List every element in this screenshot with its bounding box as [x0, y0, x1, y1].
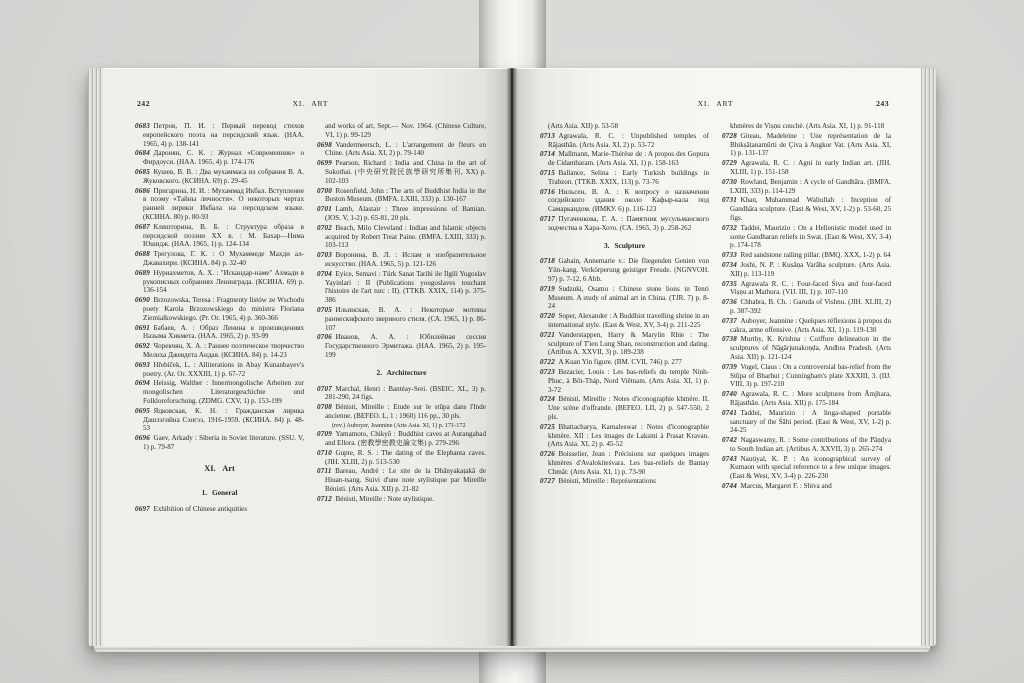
bibliography-block: 0737Auboyer, Jeannine : Quelques réflexi…: [722, 317, 891, 335]
book-spread: 242 XI. ART 0683Петров, П. И. : Первый п…: [88, 68, 936, 646]
entry-text: Nautiyal, K. P. : An iconographical surv…: [730, 455, 891, 481]
bibliography-block: 0683Петров, П. И. : Первый перевод стихо…: [135, 122, 304, 148]
entry-text: Red sandstone railing pillar. (BMQ. XXX,…: [741, 251, 891, 259]
running-head: XI. ART: [135, 99, 486, 108]
bibliography-block: 0733Red sandstone railing pillar. (BMQ. …: [722, 251, 891, 260]
entry-text: Rowland, Benjamin : A cycle of Gandhāra.…: [730, 178, 891, 195]
bibliography-block: 0734Joshi, N. P. : Kuṣāṇa Varāha sculptu…: [722, 261, 891, 279]
bibliography-block: 0721Vanderstappen, Harry & Marylin Rhie …: [540, 331, 709, 357]
entry-number: 0698: [317, 141, 332, 149]
entry-number: 0742: [722, 436, 737, 444]
entry-text: Bezacier, Louis : Les bas-reliefs du tem…: [548, 368, 709, 394]
right-page-column-2: khmères de Viṣṇu couché. (Arts Asia. XI,…: [722, 122, 891, 492]
entry-number: 0693: [135, 361, 150, 369]
page-number: 242: [137, 99, 150, 108]
bibliography-block: 0716Нильсен, В. А. : К вопросу о назначе…: [540, 188, 709, 214]
entry-number: 0715: [540, 169, 555, 177]
entry-number: 0736: [722, 298, 737, 306]
bibliography-block: 0738Murthy, K. Krishna : Coiffure deline…: [722, 335, 891, 361]
bibliography-block: 0703Воронина, В. Л. : Ислам и изобразите…: [317, 251, 486, 269]
entry-number: 0704: [317, 270, 332, 278]
entry-text: Ballance, Selina : Early Turkish buildin…: [548, 169, 709, 186]
bibliography-block: 0739Vogel, Claus : On a controversial ba…: [722, 363, 891, 389]
entry-number: 0720: [540, 312, 555, 320]
entry-text: Bénisti, Mireille : Note stylistique.: [336, 495, 435, 503]
entry-number: 0710: [317, 449, 332, 457]
bibliography-block: 0732Taddei, Maurizio : On a Hellenistic …: [722, 224, 891, 250]
entry-text: Beach, Milo Cleveland : Indian and Islam…: [325, 224, 486, 250]
bibliography-block: 0723Bezacier, Louis : Les bas-reliefs du…: [540, 368, 709, 394]
bibliography-block: (Arts Asia. XII) p. 53-58: [540, 122, 709, 131]
bibliography-block: 0709Yamamoto, Chikyō : Buddhist caves at…: [317, 430, 486, 448]
entry-number: 0744: [722, 482, 737, 490]
entry-number: 0696: [135, 434, 150, 442]
entry-text: Нуриахметов, А. Х. : "Искандар-наме" Ахм…: [143, 269, 304, 295]
entry-text: Bénisti, Mireille : Etude sur le stūpa d…: [325, 403, 486, 420]
entry-text: and works of art, Sept.— Nov. 1964. (Chi…: [325, 122, 486, 139]
entry-text: Gabain, Annemarie v.: Die fliegenden Gen…: [548, 257, 709, 283]
entry-number: 0732: [722, 224, 737, 232]
entry-text: Soper, Alexander : A Buddhist travelling…: [548, 312, 709, 329]
entry-text: Петров, П. И. : Первый перевод стихов ев…: [143, 122, 304, 148]
bibliography-block: 0710Gupte, R. S. : The dating of the Ele…: [317, 449, 486, 467]
bibliography-block: 0743Nautiyal, K. P. : An iconographical …: [722, 455, 891, 481]
bibliography-block: 0688Трегулова, Г. К. : О Мухаммеде Махди…: [135, 250, 304, 268]
entry-text: Ильинская, В. А. : Некоторые мотивы ранн…: [325, 306, 486, 332]
bibliography-block: 0717Пугаченкова, Г. А. : Памятник мусуль…: [540, 215, 709, 233]
bibliography-block: 0719Sudzuki, Osamu : Chinese stone lions…: [540, 285, 709, 311]
page-243: XI. ART 243 (Arts Asia. XII) p. 53-58 07…: [512, 68, 921, 646]
entry-number: 0683: [135, 122, 150, 130]
page-242: 242 XI. ART 0683Петров, П. И. : Первый п…: [103, 68, 512, 646]
bibliography-block: 0694Heissig, Walther : Innermongolische …: [135, 379, 304, 405]
entry-number: 0699: [317, 159, 332, 167]
entry-number: 0695: [135, 407, 150, 415]
entry-text: Чорекчян, Х. А. : Раннее поэтическое тво…: [143, 342, 304, 359]
bibliography-block: 0693Hřebíček, L. : Alliterations in Abay…: [135, 361, 304, 379]
bibliography-block: 0718Gabain, Annemarie v.: Die fliegenden…: [540, 257, 709, 283]
bibliography-block: 0731Khan, Muhammad Waliullah : Inception…: [722, 196, 891, 222]
bibliography-block: 0730Rowland, Benjamin : A cycle of Gandh…: [722, 178, 891, 196]
bibliography-block: 0712Bénisti, Mireille : Note stylistique…: [317, 495, 486, 504]
entry-number: 0726: [540, 450, 555, 458]
bibliography-block: 0711Bareau, André : Le site de la Dhānya…: [317, 467, 486, 493]
entry-text: Яцковская, К. Н. : Гражданская лирика Да…: [143, 407, 304, 433]
entry-text: Nagaswamy, R. : Some contributions of th…: [730, 436, 891, 453]
entry-number: 0690: [135, 296, 150, 304]
page-header-left: 242 XI. ART: [135, 99, 486, 111]
entry-text: Eyice, Semavi : Türk Sanat Tarihi ile İl…: [325, 270, 486, 304]
entry-number: 0685: [135, 168, 150, 176]
entry-number: 0687: [135, 223, 150, 231]
bibliography-block: 0742Nagaswamy, R. : Some contributions o…: [722, 436, 891, 454]
entry-text: Кушев, В. В. : Два мухаммаса из собрания…: [143, 168, 304, 185]
entry-number: 0724: [540, 395, 555, 403]
bibliography-block: 0736Chhabra, B. Ch. : Garuda of Vishnu. …: [722, 298, 891, 316]
entry-text: Chhabra, B. Ch. : Garuda of Vishnu. (JIH…: [730, 298, 891, 315]
entry-text: Agrawala, R. C. : Unpublished temples of…: [548, 132, 709, 149]
bibliography-block: 2. Architecture: [317, 361, 486, 384]
entry-text: Agrawala R. C. : Four-faced Śiva and fou…: [730, 280, 891, 297]
entry-text: Heissig, Walther : Innermongolische Arbe…: [143, 379, 304, 405]
entry-number: 0743: [722, 455, 737, 463]
entry-number: 0708: [317, 403, 332, 411]
photo-background: 242 XI. ART 0683Петров, П. И. : Первый п…: [0, 0, 1024, 683]
entry-text: Auboyer, Jeannine : Quelques réflexions …: [730, 317, 891, 334]
entry-text: Exhibition of Chinese antiquities: [154, 505, 248, 513]
bibliography-block: 0701Lamb, Alastair : Three impressions o…: [317, 205, 486, 223]
entry-text: Vogel, Claus : On a controversial bas-re…: [730, 363, 891, 389]
entry-text: Agrawala, R. C. : Agni in early Indian a…: [730, 159, 891, 176]
bibliography-block: 0722A Kuan Yin figure. (BM. CVII, 746) p…: [540, 358, 709, 367]
entry-number: 0733: [722, 251, 737, 259]
entry-number: 0741: [722, 409, 737, 417]
entry-number: 0714: [540, 150, 555, 158]
entry-number: 0717: [540, 215, 555, 223]
entry-text: Gupte, R. S. : The dating of the Elephan…: [325, 449, 486, 466]
entry-number: 0700: [317, 187, 332, 195]
bibliography-block: 0704Eyice, Semavi : Türk Sanat Tarihi il…: [317, 270, 486, 305]
bibliography-block: 0708Bénisti, Mireille : Etude sur le stū…: [317, 403, 486, 421]
entry-text: Пригарина, Н. И. : Мухаммад Икбал. Вступ…: [143, 187, 304, 221]
entry-number: 0694: [135, 379, 150, 387]
book-gutter: [506, 68, 518, 646]
entry-text: Gaev, Arkady : Siberia in Soviet literat…: [143, 434, 304, 451]
bibliography-block: khmères de Viṣṇu couché. (Arts Asia. XI,…: [722, 122, 891, 131]
entry-text: Lamb, Alastair : Three impressions of Ba…: [325, 205, 486, 222]
bibliography-block: 0705Ильинская, В. А. : Некоторые мотивы …: [317, 306, 486, 332]
entry-text: Agrawala, R. C. : More sculptures from Ā…: [730, 390, 891, 407]
entry-number: 0739: [722, 363, 737, 371]
entry-text: Vandermeersch, L. : L'arrangement de fle…: [325, 141, 486, 158]
bibliography-block: 3. Sculpture: [540, 234, 709, 257]
entry-number: 0725: [540, 423, 555, 431]
bibliography-block: 0687Кляшторина, В. Б. : Структура образа…: [135, 223, 304, 249]
entry-number: 0688: [135, 250, 150, 258]
bibliography-block: 0729Agrawala, R. C. : Agni in early Indi…: [722, 159, 891, 177]
bibliography-block: 0726Boisselier, Jean : Précisions sur qu…: [540, 450, 709, 476]
entry-number: 0713: [540, 132, 555, 140]
entry-text: (Arts Asia. XII) p. 53-58: [548, 122, 618, 130]
entry-number: 0731: [722, 196, 737, 204]
entry-text: Иванов, А. А. : Юбилейная сессия Государ…: [325, 333, 486, 359]
bibliography-block: 0724Bénisti, Mireille : Notes d'iconogra…: [540, 395, 709, 421]
entry-text: Taddei, Maurizio : A linga-shaped portab…: [730, 409, 891, 435]
bibliography-block: 0684Даронян, С. К. : Журнал «Современник…: [135, 149, 304, 167]
left-page-column-2: and works of art, Sept.— Nov. 1964. (Chi…: [317, 122, 486, 515]
entry-number: 0701: [317, 205, 332, 213]
bibliography-block: 0700Rosenfield, John : The arts of Buddh…: [317, 187, 486, 205]
bibliography-block: 0706Иванов, А. А. : Юбилейная сессия Гос…: [317, 333, 486, 359]
bibliography-block: 0702Beach, Milo Cleveland : Indian and I…: [317, 224, 486, 250]
entry-number: 0721: [540, 331, 555, 339]
entry-text: Pearson, Richard : India and China in th…: [325, 159, 486, 185]
entry-number: 0712: [317, 495, 332, 503]
entry-text: Bhattacharya, Kamaleswar : Notes d'icono…: [548, 423, 709, 449]
entry-text: Даронян, С. К. : Журнал «Современник» о …: [143, 149, 304, 166]
bibliography-block: 0691Бабаев, А. : Образ Ленина в произвед…: [135, 324, 304, 342]
bibliography-block: 0714Mallmann, Marie-Thérèse de : A propo…: [540, 150, 709, 168]
bibliography-block: 0699Pearson, Richard : India and China i…: [317, 159, 486, 185]
entry-number: 0719: [540, 285, 555, 293]
entry-text: Bénisti, Mireille : Notes d'iconographie…: [548, 395, 709, 421]
entry-text: (rev.) Auboyer, Jeannine (Arts Asia. XI,…: [332, 422, 466, 429]
entry-text: Vanderstappen, Harry & Marylin Rhie : Th…: [548, 331, 709, 357]
entry-text: Rosenfield, John : The arts of Buddhist …: [325, 187, 486, 204]
bibliography-block: 0741Taddei, Maurizio : A linga-shaped po…: [722, 409, 891, 435]
page-edges-left: [88, 68, 103, 646]
entry-number: 0692: [135, 342, 150, 350]
entry-text: 3. Sculpture: [604, 241, 645, 250]
entry-number: 0727: [540, 477, 555, 485]
bibliography-block: 0744Marcus, Margaret F. : Shiva and: [722, 482, 891, 491]
entry-text: Taddei, Maurizio : On a Hellenistic mode…: [730, 224, 891, 250]
entry-number: 0734: [722, 261, 737, 269]
entry-text: Yamamoto, Chikyō : Buddhist caves at Aur…: [325, 430, 486, 447]
entry-text: 1. General: [202, 488, 238, 497]
entry-number: 0691: [135, 324, 150, 332]
entry-number: 0737: [722, 317, 737, 325]
entry-number: 0709: [317, 430, 332, 438]
entry-text: Khan, Muhammad Waliullah : Inception of …: [730, 196, 891, 222]
bibliography-block: XI. Art: [135, 453, 304, 481]
entry-number: 0711: [317, 467, 332, 475]
entry-number: 0730: [722, 178, 737, 186]
bibliography-block: (rev.) Auboyer, Jeannine (Arts Asia. XI,…: [317, 422, 486, 430]
bibliography-block: 0735Agrawala R. C. : Four-faced Śiva and…: [722, 280, 891, 298]
entry-number: 0723: [540, 368, 555, 376]
entry-number: 0729: [722, 159, 737, 167]
entry-number: 0735: [722, 280, 737, 288]
page-header-right: XI. ART 243: [540, 99, 891, 111]
left-page-column-1: 0683Петров, П. И. : Первый перевод стихо…: [135, 122, 304, 515]
entry-text: khmères de Viṣṇu couché. (Arts Asia. XI,…: [730, 122, 884, 130]
bibliography-block: 0697Exhibition of Chinese antiquities: [135, 505, 304, 514]
running-head: XI. ART: [540, 99, 891, 108]
entry-text: Bénisti, Mireille : Représentations: [559, 477, 656, 485]
entry-text: Bareau, André : Le site de la Dhānyakaṭa…: [325, 467, 486, 493]
entry-text: Пугаченкова, Г. А. : Памятник мусульманс…: [548, 215, 709, 232]
bibliography-block: 0696Gaev, Arkady : Siberia in Soviet lit…: [135, 434, 304, 452]
entry-text: Giteau, Madeleine : Une représentation d…: [730, 132, 891, 158]
entry-text: Sudzuki, Osamu : Chinese stone lions in …: [548, 285, 709, 311]
bibliography-block: 0740Agrawala, R. C. : More sculptures fr…: [722, 390, 891, 408]
bibliography-block: 0707Marchal, Henri : Bantéay-Srei. (BSEI…: [317, 385, 486, 403]
entry-text: Бабаев, А. : Образ Ленина в произведения…: [143, 324, 304, 341]
entry-number: 0703: [317, 251, 332, 259]
bibliography-block: 0715Ballance, Selina : Early Turkish bui…: [540, 169, 709, 187]
entry-text: Brzozowska, Teresa : Fragmenty listów ze…: [143, 296, 304, 322]
entry-number: 0697: [135, 505, 150, 513]
entry-text: Marcus, Margaret F. : Shiva and: [741, 482, 832, 490]
entry-number: 0728: [722, 132, 737, 140]
bibliography-block: 0689Нуриахметов, А. Х. : "Искандар-наме"…: [135, 269, 304, 295]
entry-number: 0707: [317, 385, 332, 393]
entry-text: Mallmann, Marie-Thérèse de : A propos de…: [548, 150, 709, 167]
bibliography-block: 0713Agrawala, R. C. : Unpublished temple…: [540, 132, 709, 150]
entry-text: Joshi, N. P. : Kuṣāṇa Varāha sculpture. …: [730, 261, 891, 278]
entry-text: 2. Architecture: [377, 368, 427, 377]
bibliography-block: 0686Пригарина, Н. И. : Мухаммад Икбал. В…: [135, 187, 304, 222]
entry-text: Boisselier, Jean : Précisions sur quelqu…: [548, 450, 709, 476]
entry-text: XI. Art: [204, 464, 235, 473]
entry-text: Кляшторина, В. Б. : Структура образа в п…: [143, 223, 304, 249]
entry-text: Воронина, В. Л. : Ислам и изобразительно…: [325, 251, 486, 268]
entry-text: Трегулова, Г. К. : О Мухаммеде Махди ал-…: [143, 250, 304, 267]
bibliography-block: 0692Чорекчян, Х. А. : Раннее поэтическое…: [135, 342, 304, 360]
right-page-column-1: (Arts Asia. XII) p. 53-58 0713Agrawala, …: [540, 122, 709, 492]
bibliography-block: 0728Giteau, Madeleine : Une représentati…: [722, 132, 891, 158]
bibliography-block: 0685Кушев, В. В. : Два мухаммаса из собр…: [135, 168, 304, 186]
entry-text: A Kuan Yin figure. (BM. CVII, 746) p. 27…: [559, 358, 682, 366]
entry-number: 0706: [317, 333, 332, 341]
bibliography-block: 0720Soper, Alexander : A Buddhist travel…: [540, 312, 709, 330]
bibliography-block: 0727Bénisti, Mireille : Représentations: [540, 477, 709, 486]
entry-text: Hřebíček, L. : Alliterations in Abay Kun…: [143, 361, 304, 378]
entry-number: 0686: [135, 187, 150, 195]
entry-text: Murthy, K. Krishna : Coiffure delineatio…: [730, 335, 891, 361]
page-number: 243: [876, 99, 889, 108]
entry-number: 0684: [135, 149, 150, 157]
bibliography-block: 1. General: [135, 481, 304, 504]
bibliography-block: 0695Яцковская, К. Н. : Гражданская лирик…: [135, 407, 304, 433]
entry-number: 0689: [135, 269, 150, 277]
page-edges-right: [921, 68, 936, 646]
bibliography-block: 0725Bhattacharya, Kamaleswar : Notes d'i…: [540, 423, 709, 449]
entry-number: 0716: [540, 188, 555, 196]
entry-number: 0738: [722, 335, 737, 343]
bibliography-block: 0690Brzozowska, Teresa : Fragmenty listó…: [135, 296, 304, 322]
entry-number: 0705: [317, 306, 332, 314]
entry-number: 0702: [317, 224, 332, 232]
entry-number: 0740: [722, 390, 737, 398]
entry-number: 0722: [540, 358, 555, 366]
entry-text: Marchal, Henri : Bantéay-Srei. (BSEIC. X…: [325, 385, 486, 402]
entry-number: 0718: [540, 257, 555, 265]
entry-text: Нильсен, В. А. : К вопросу о назначении …: [548, 188, 709, 214]
bibliography-block: 0698Vandermeersch, L. : L'arrangement de…: [317, 141, 486, 159]
bibliography-block: and works of art, Sept.— Nov. 1964. (Chi…: [317, 122, 486, 140]
